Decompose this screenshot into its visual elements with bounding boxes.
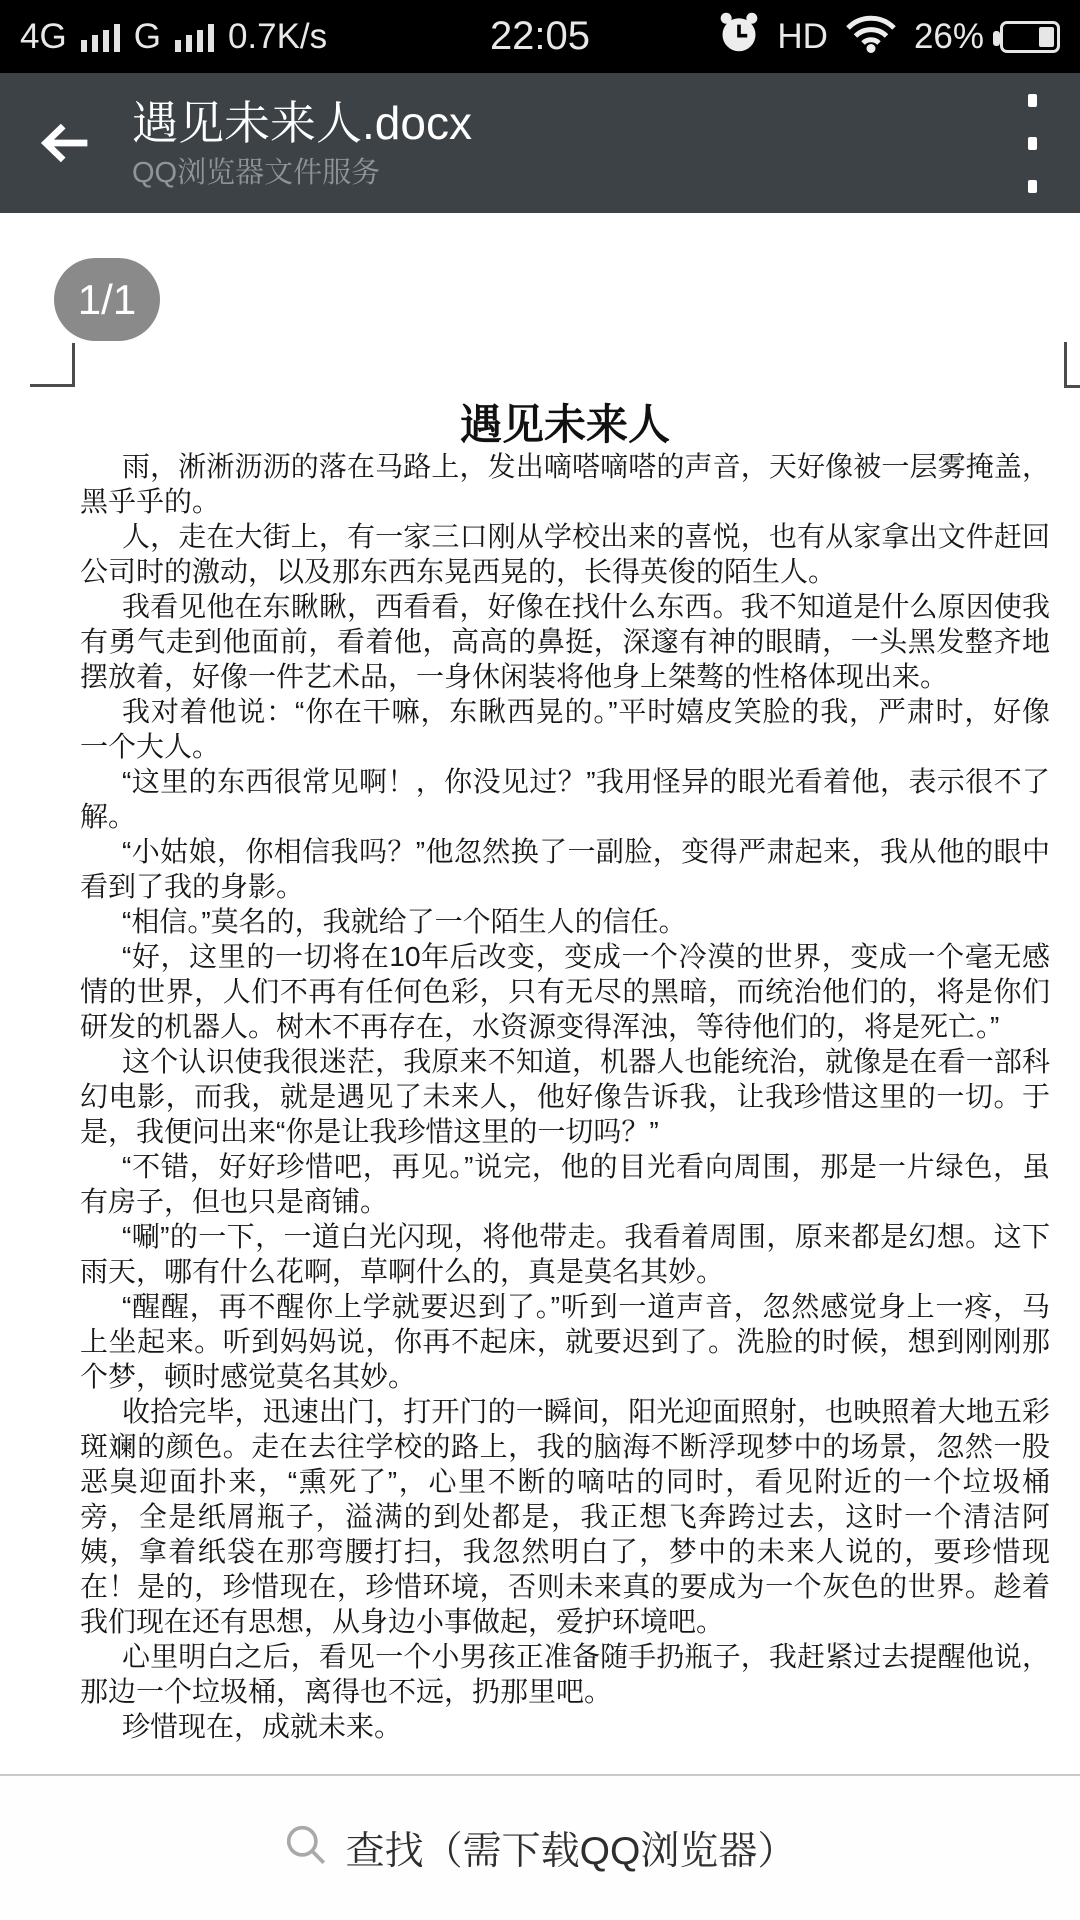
- title-bar: 遇见未来人.docx QQ浏览器文件服务: [0, 73, 1080, 213]
- alarm-clock-icon: [717, 10, 761, 63]
- wifi-icon: [844, 11, 898, 62]
- status-bar: 4G G 0.7K/s 22:05 HD: [0, 0, 1080, 73]
- page-corner-mark-left: [30, 343, 75, 387]
- hd-volte-label: HD: [777, 17, 828, 57]
- document-paragraph: 心里明白之后，看见一个小男孩正准备随手扔瓶子，我赶紧过去提醒他说，那边一个垃圾桶…: [80, 1639, 1050, 1709]
- document-paragraph: 收拾完毕，迅速出门，打开门的一瞬间，阳光迎面照射，也映照着大地五彩斑斓的颜色。走…: [80, 1394, 1050, 1639]
- document-paragraph: “小姑娘，你相信我吗？”他忽然换了一副脸，变得严肃起来，我从他的眼中看到了我的身…: [80, 834, 1050, 904]
- back-arrow-icon: [33, 114, 91, 172]
- signal-bars-icon: [81, 22, 120, 52]
- file-subtitle: QQ浏览器文件服务: [132, 156, 1010, 190]
- document-paragraph: 雨，淅淅沥沥的落在马路上，发出嘀嗒嘀嗒的声音，天好像被一层雾掩盖，黑乎乎的。: [80, 449, 1050, 519]
- phone-screen: 4G G 0.7K/s 22:05 HD: [0, 0, 1080, 1920]
- find-label: 查找（需下载QQ浏览器）: [346, 1820, 797, 1876]
- document-paragraph: 珍惜现在，成就未来。: [80, 1709, 1050, 1744]
- network-speed-label: 0.7K/s: [228, 17, 327, 57]
- network-type-label: 4G: [20, 17, 67, 57]
- document-viewer[interactable]: 1/1 遇见未来人 雨，淅淅沥沥的落在马路上，发出嘀嗒嘀嗒的声音，天好像被一层雾…: [0, 213, 1080, 1774]
- status-left-group: 4G G 0.7K/s: [20, 17, 327, 57]
- document-title: 遇见未来人: [80, 401, 1050, 449]
- page-indicator-badge: 1/1: [54, 258, 160, 341]
- status-right-group: HD 26%: [717, 10, 1060, 63]
- search-icon: [284, 1823, 330, 1874]
- battery-icon: [1000, 21, 1060, 53]
- document-paragraph: “唰”的一下，一道白光闪现，将他带走。我看着周围，原来都是幻想。这下雨天，哪有什…: [80, 1219, 1050, 1289]
- find-in-document-bar[interactable]: 查找（需下载QQ浏览器）: [0, 1774, 1080, 1920]
- document-paragraph: 我看见他在东瞅瞅，西看看，好像在找什么东西。我不知道是什么原因使我有勇气走到他面…: [80, 589, 1050, 694]
- battery-percent-label: 26%: [914, 17, 984, 57]
- title-block: 遇见未来人.docx QQ浏览器文件服务: [132, 97, 1010, 190]
- page-corner-mark-right: [1064, 342, 1080, 388]
- back-button[interactable]: [30, 103, 94, 183]
- kebab-menu-icon: [1028, 94, 1037, 107]
- document-paragraph: 人，走在大街上，有一家三口刚从学校出来的喜悦，也有从家拿出文件赶回公司时的激动，…: [80, 519, 1050, 589]
- document-paragraph: “不错，好好珍惜吧，再见。”说完，他的目光看向周围，那是一片绿色，虽有房子，但也…: [80, 1149, 1050, 1219]
- network-type-label-2: G: [134, 17, 161, 57]
- document-paragraph: “醒醒，再不醒你上学就要迟到了。”听到一道声音，忽然感觉身上一疼，马上坐起来。听…: [80, 1289, 1050, 1394]
- document-paragraph: “好，这里的一切将在10年后改变，变成一个冷漠的世界，变成一个毫无感情的世界，人…: [80, 939, 1050, 1044]
- document-paragraph: “相信。”莫名的，我就给了一个陌生人的信任。: [80, 904, 1050, 939]
- document-paragraph: “这里的东西很常见啊！，你没见过？”我用怪异的眼光看着他，表示很不了解。: [80, 764, 1050, 834]
- more-menu-button[interactable]: [1010, 88, 1054, 198]
- document-paragraph: 这个认识使我很迷茫，我原来不知道，机器人也能统治，就像是在看一部科幻电影，而我，…: [80, 1044, 1050, 1149]
- document-paragraph: 我对着他说：“你在干嘛，东瞅西晃的。”平时嬉皮笑脸的我，严肃时，好像一个大人。: [80, 694, 1050, 764]
- document-page: 遇见未来人 雨，淅淅沥沥的落在马路上，发出嘀嗒嘀嗒的声音，天好像被一层雾掩盖，黑…: [0, 213, 1080, 1744]
- file-title: 遇见未来人.docx: [132, 97, 1010, 149]
- signal-bars-icon-2: [175, 22, 214, 52]
